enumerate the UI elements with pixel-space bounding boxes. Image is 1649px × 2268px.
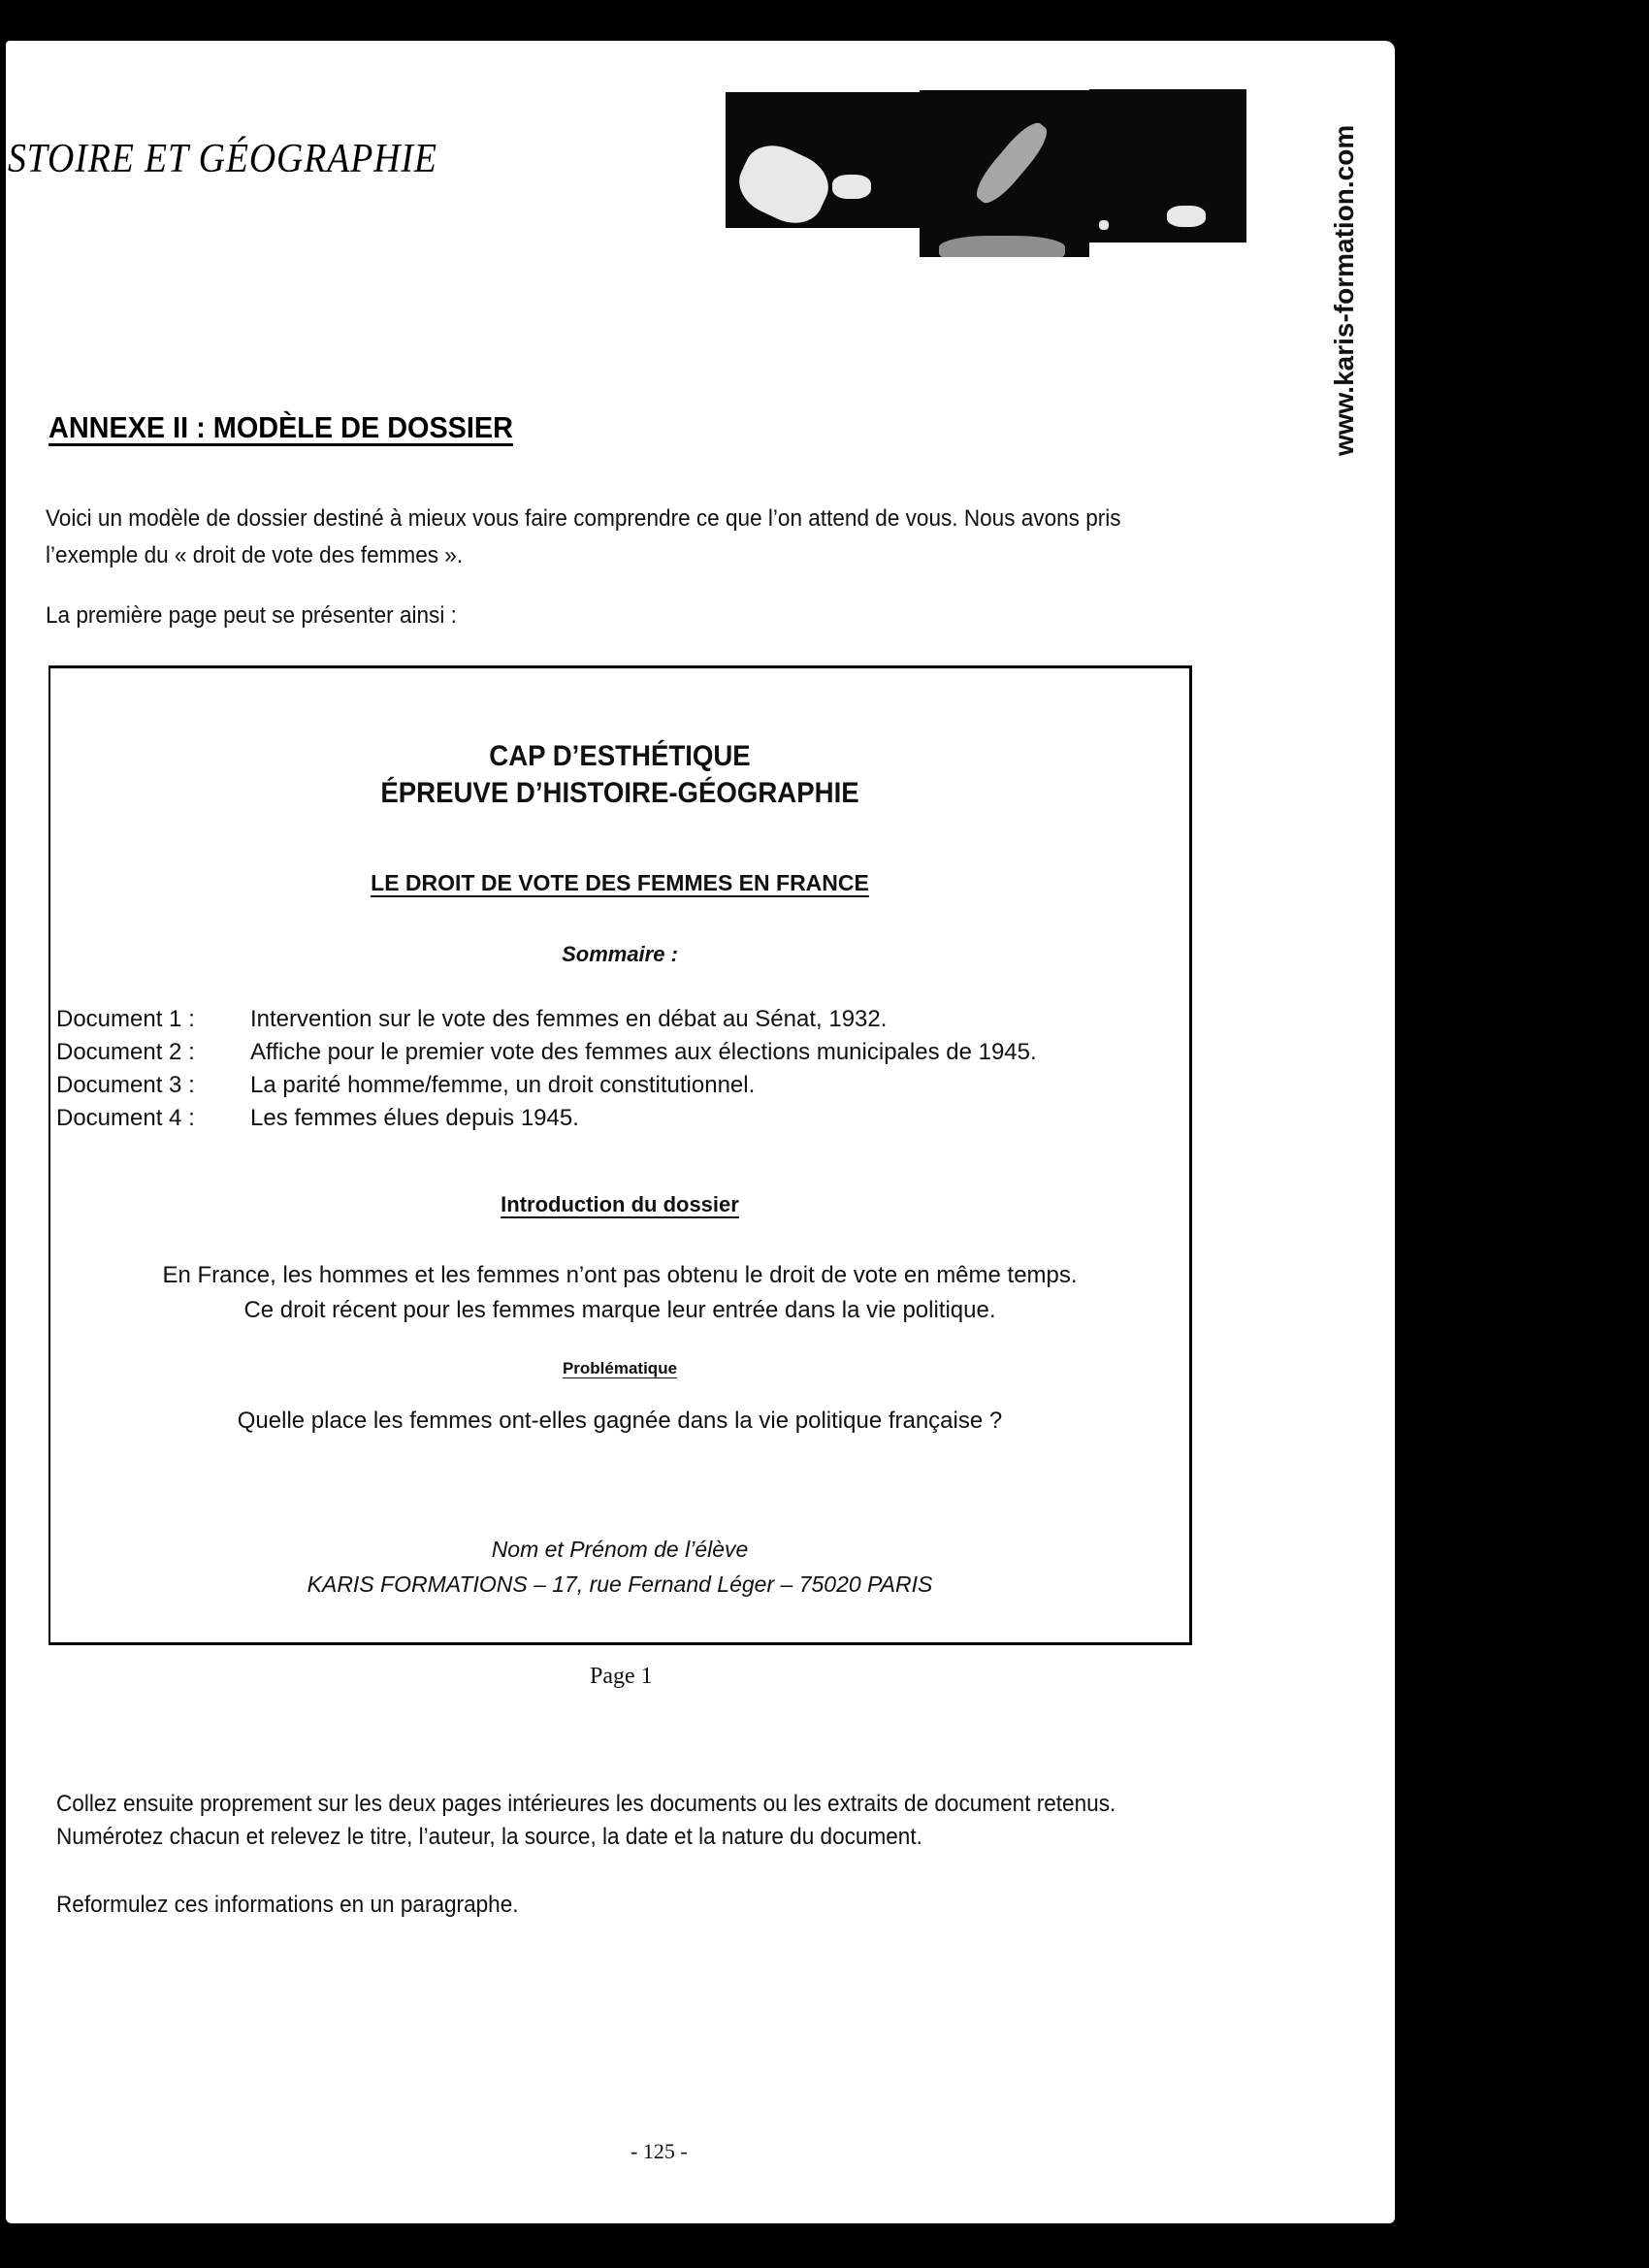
- introduction-heading: Introduction du dossier: [50, 1192, 1189, 1217]
- document-description: Intervention sur le vote des femmes en d…: [250, 1003, 887, 1036]
- document-label: Document 4 :: [56, 1102, 250, 1135]
- model-title-line-2: ÉPREUVE D’HISTOIRE-GÉOGRAPHIE: [96, 775, 1144, 812]
- intro-paragraph: Voici un modèle de dossier destiné à mie…: [46, 501, 1140, 574]
- document-description: La parité homme/femme, un droit constitu…: [250, 1069, 755, 1102]
- document-list: Document 1 : Intervention sur le vote de…: [56, 1003, 1037, 1135]
- annex-title: ANNEXE II : MODÈLE DE DOSSIER: [48, 410, 513, 445]
- document-label: Document 3 :: [56, 1069, 250, 1102]
- website-url: www.karis-formation.com: [1329, 125, 1360, 456]
- introduction-text: En France, les hommes et les femmes n’on…: [50, 1258, 1189, 1328]
- page-label: Page 1: [590, 1664, 653, 1690]
- problem-question: Quelle place les femmes ont-elles gagnée…: [50, 1408, 1189, 1435]
- photo-panel-3: [1089, 89, 1246, 243]
- document-label: Document 2 :: [56, 1036, 250, 1069]
- introduction-heading-text: Introduction du dossier: [501, 1192, 739, 1216]
- model-subject-text: LE DROIT DE VOTE DES FEMMES EN FRANCE: [371, 870, 869, 895]
- summary-heading: Sommaire :: [50, 942, 1189, 967]
- model-title-line-1: CAP D’ESTHÉTIQUE: [96, 738, 1144, 775]
- school-address-line: KARIS FORMATIONS – 17, rue Fernand Léger…: [50, 1567, 1189, 1602]
- intro-section: Voici un modèle de dossier destiné à mie…: [46, 501, 1140, 634]
- introduction-line-1: En France, les hommes et les femmes n’on…: [50, 1258, 1189, 1293]
- introduction-line-2: Ce droit récent pour les femmes marque l…: [50, 1293, 1189, 1328]
- document-description: Affiche pour le premier vote des femmes …: [250, 1036, 1037, 1069]
- problem-heading: Problématique: [50, 1359, 1189, 1378]
- document-description: Les femmes élues depuis 1945.: [250, 1102, 579, 1135]
- problem-heading-text: Problématique: [563, 1359, 677, 1377]
- model-title: CAP D’ESTHÉTIQUE ÉPREUVE D’HISTOIRE-GÉOG…: [96, 738, 1144, 812]
- first-page-note: La première page peut se présenter ainsi…: [46, 598, 1140, 634]
- list-item: Document 2 : Affiche pour le premier vot…: [56, 1036, 1037, 1069]
- header-photo-collage: [726, 92, 1327, 257]
- section-title: STOIRE ET GÉOGRAPHIE: [8, 136, 437, 182]
- instructions: Collez ensuite proprement sur les deux p…: [56, 1788, 1150, 1922]
- student-name-line: Nom et Prénom de l’élève: [50, 1532, 1189, 1567]
- model-footer: Nom et Prénom de l’élève KARIS FORMATION…: [50, 1532, 1189, 1602]
- photo-panel-1: [726, 92, 920, 228]
- document-label: Document 1 :: [56, 1003, 250, 1036]
- instruction-reformulate: Reformulez ces informations en un paragr…: [56, 1889, 1150, 1922]
- photo-panel-2: [920, 90, 1089, 257]
- list-item: Document 4 : Les femmes élues depuis 194…: [56, 1102, 1037, 1135]
- list-item: Document 3 : La parité homme/femme, un d…: [56, 1069, 1037, 1102]
- list-item: Document 1 : Intervention sur le vote de…: [56, 1003, 1037, 1036]
- instruction-number: Numérotez chacun et relevez le titre, l’…: [56, 1821, 1150, 1854]
- model-subject: LE DROIT DE VOTE DES FEMMES EN FRANCE: [50, 870, 1189, 896]
- model-first-page: CAP D’ESTHÉTIQUE ÉPREUVE D’HISTOIRE-GÉOG…: [48, 665, 1192, 1645]
- instruction-paste: Collez ensuite proprement sur les deux p…: [56, 1788, 1150, 1821]
- page-number: - 125 -: [630, 2139, 688, 2164]
